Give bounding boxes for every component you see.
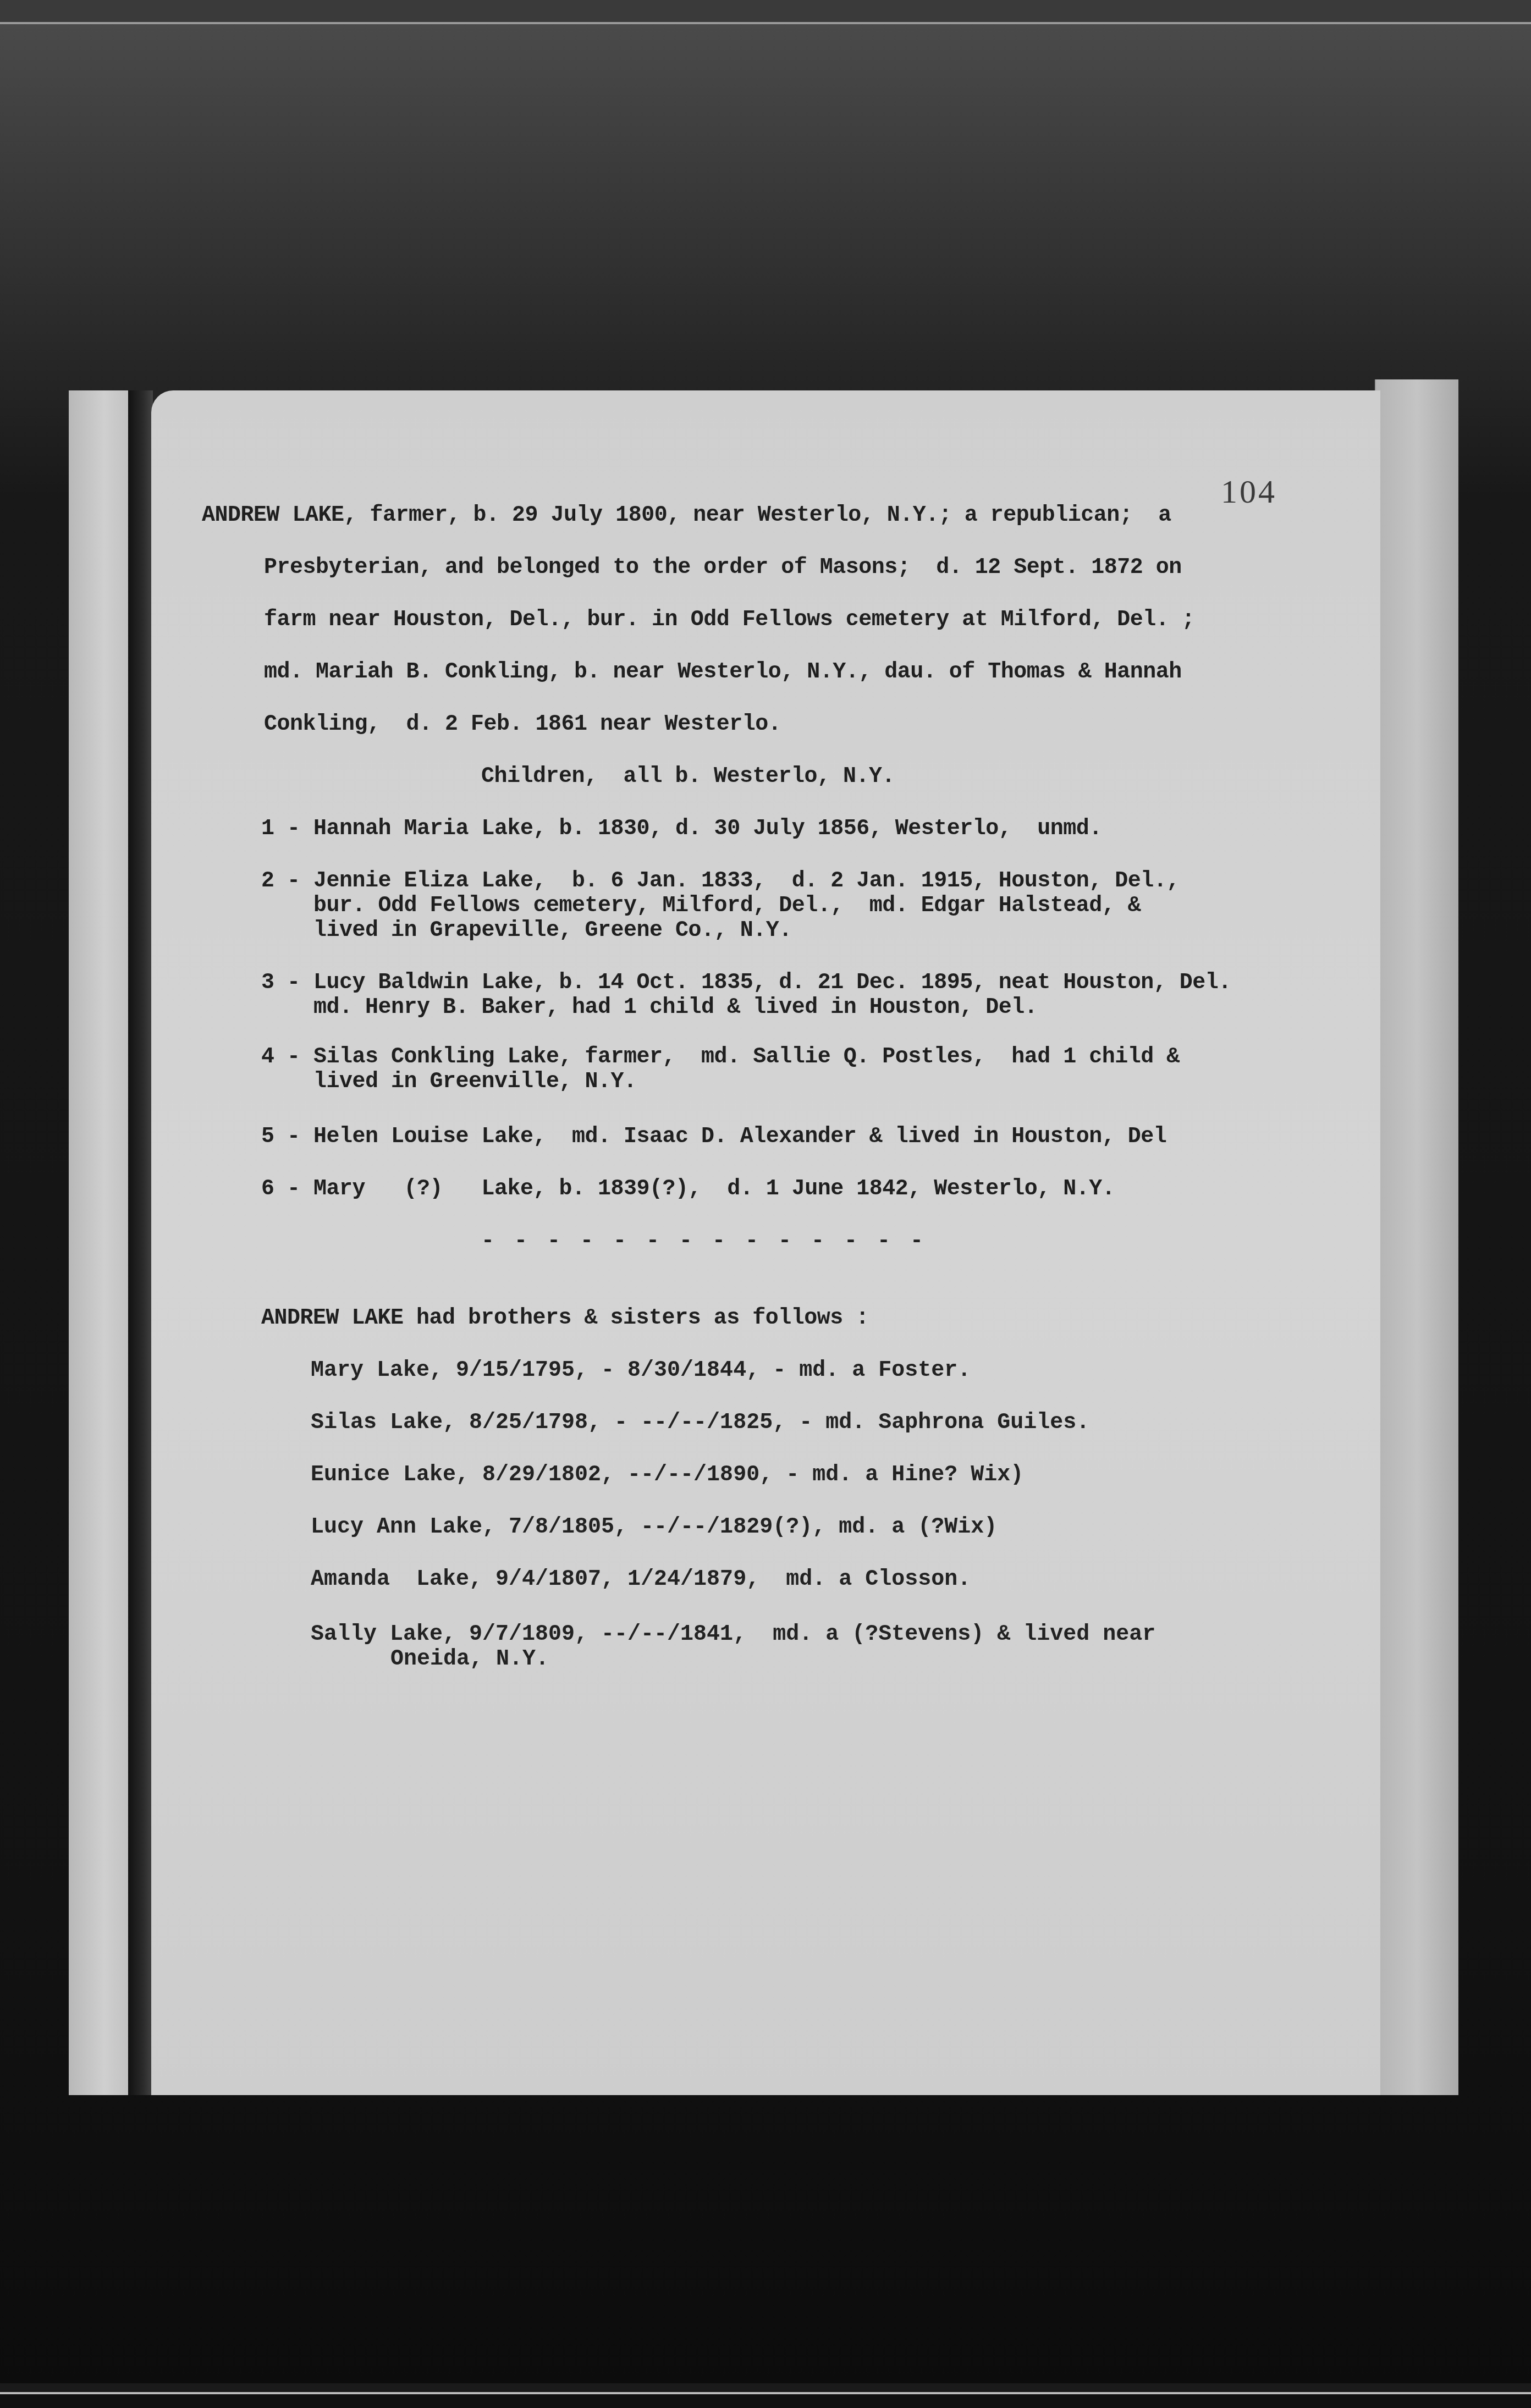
child-text: Jennie Eliza Lake, b. 6 Jan. 1833, d. 2 …	[313, 869, 1180, 894]
header-line-2: Presbyterian, and belonged to the order …	[264, 555, 1182, 581]
child-entry-1: 1 -Hannah Maria Lake, b. 1830, d. 30 Jul…	[261, 817, 1102, 842]
sibling-entry-2: Silas Lake, 8/25/1798, - --/--/1825, - m…	[311, 1410, 1089, 1436]
child-number: 4 -	[261, 1045, 313, 1070]
child-entry-3-line-2: md. Henry B. Baker, had 1 child & lived …	[313, 995, 1037, 1021]
child-entry-2: 2 -Jennie Eliza Lake, b. 6 Jan. 1833, d.…	[261, 869, 1180, 894]
child-number: 6 -	[261, 1177, 313, 1202]
child-entry-6: 6 -Mary (?) Lake, b. 1839(?), d. 1 June …	[261, 1177, 1115, 1202]
header-line-4: md. Mariah B. Conkling, b. near Westerlo…	[264, 660, 1182, 685]
child-number: 5 -	[261, 1125, 313, 1150]
sibling-entry-3: Eunice Lake, 8/29/1802, --/--/1890, - md…	[311, 1463, 1023, 1488]
sibling-entry-6-continuation: Oneida, N.Y.	[390, 1647, 549, 1672]
page-number: 104	[1221, 473, 1277, 511]
sibling-entry-4: Lucy Ann Lake, 7/8/1805, --/--/1829(?), …	[311, 1515, 997, 1540]
child-number: 3 -	[261, 971, 313, 996]
child-entry-4-line-2: lived in Greenville, N.Y.	[313, 1070, 637, 1095]
header-line-1: ANDREW LAKE, farmer, b. 29 July 1800, ne…	[202, 503, 1171, 528]
section-separator: - - - - - - - - - - - - - -	[481, 1229, 927, 1254]
siblings-heading: ANDREW LAKE had brothers & sisters as fo…	[261, 1306, 869, 1331]
film-bottom-border	[0, 2392, 1531, 2408]
child-text: Mary (?) Lake, b. 1839(?), d. 1 June 184…	[313, 1177, 1115, 1202]
document-page: 104 ANDREW LAKE, farmer, b. 29 July 1800…	[151, 390, 1380, 2095]
child-text: Silas Conkling Lake, farmer, md. Sallie …	[313, 1045, 1180, 1070]
page-stack-edge	[1375, 379, 1458, 2095]
child-entry-2-line-2: bur. Odd Fellows cemetery, Milford, Del.…	[313, 894, 1141, 919]
child-text: Helen Louise Lake, md. Isaac D. Alexande…	[313, 1125, 1166, 1149]
child-number: 2 -	[261, 869, 313, 894]
sibling-entry-6: Sally Lake, 9/7/1809, --/--/1841, md. a …	[311, 1622, 1155, 1647]
sibling-entry-5: Amanda Lake, 9/4/1807, 1/24/1879, md. a …	[311, 1567, 971, 1593]
children-heading: Children, all b. Westerlo, N.Y.	[481, 764, 895, 790]
child-text: Hannah Maria Lake, b. 1830, d. 30 July 1…	[313, 817, 1102, 841]
sibling-entry-1: Mary Lake, 9/15/1795, - 8/30/1844, - md.…	[311, 1358, 971, 1384]
child-entry-3: 3 -Lucy Baldwin Lake, b. 14 Oct. 1835, d…	[261, 971, 1231, 996]
child-entry-2-line-3: lived in Grapeville, Greene Co., N.Y.	[313, 918, 792, 944]
child-entry-5: 5 -Helen Louise Lake, md. Isaac D. Alexa…	[261, 1125, 1166, 1150]
child-number: 1 -	[261, 817, 313, 842]
child-text: Lucy Baldwin Lake, b. 14 Oct. 1835, d. 2…	[313, 971, 1231, 995]
left-page-edge	[69, 390, 128, 2095]
book-gutter-shadow	[128, 390, 153, 2095]
film-top-border	[0, 0, 1531, 24]
header-line-5: Conkling, d. 2 Feb. 1861 near Westerlo.	[264, 712, 781, 737]
child-entry-4: 4 -Silas Conkling Lake, farmer, md. Sall…	[261, 1045, 1180, 1070]
header-line-3: farm near Houston, Del., bur. in Odd Fel…	[264, 608, 1194, 633]
